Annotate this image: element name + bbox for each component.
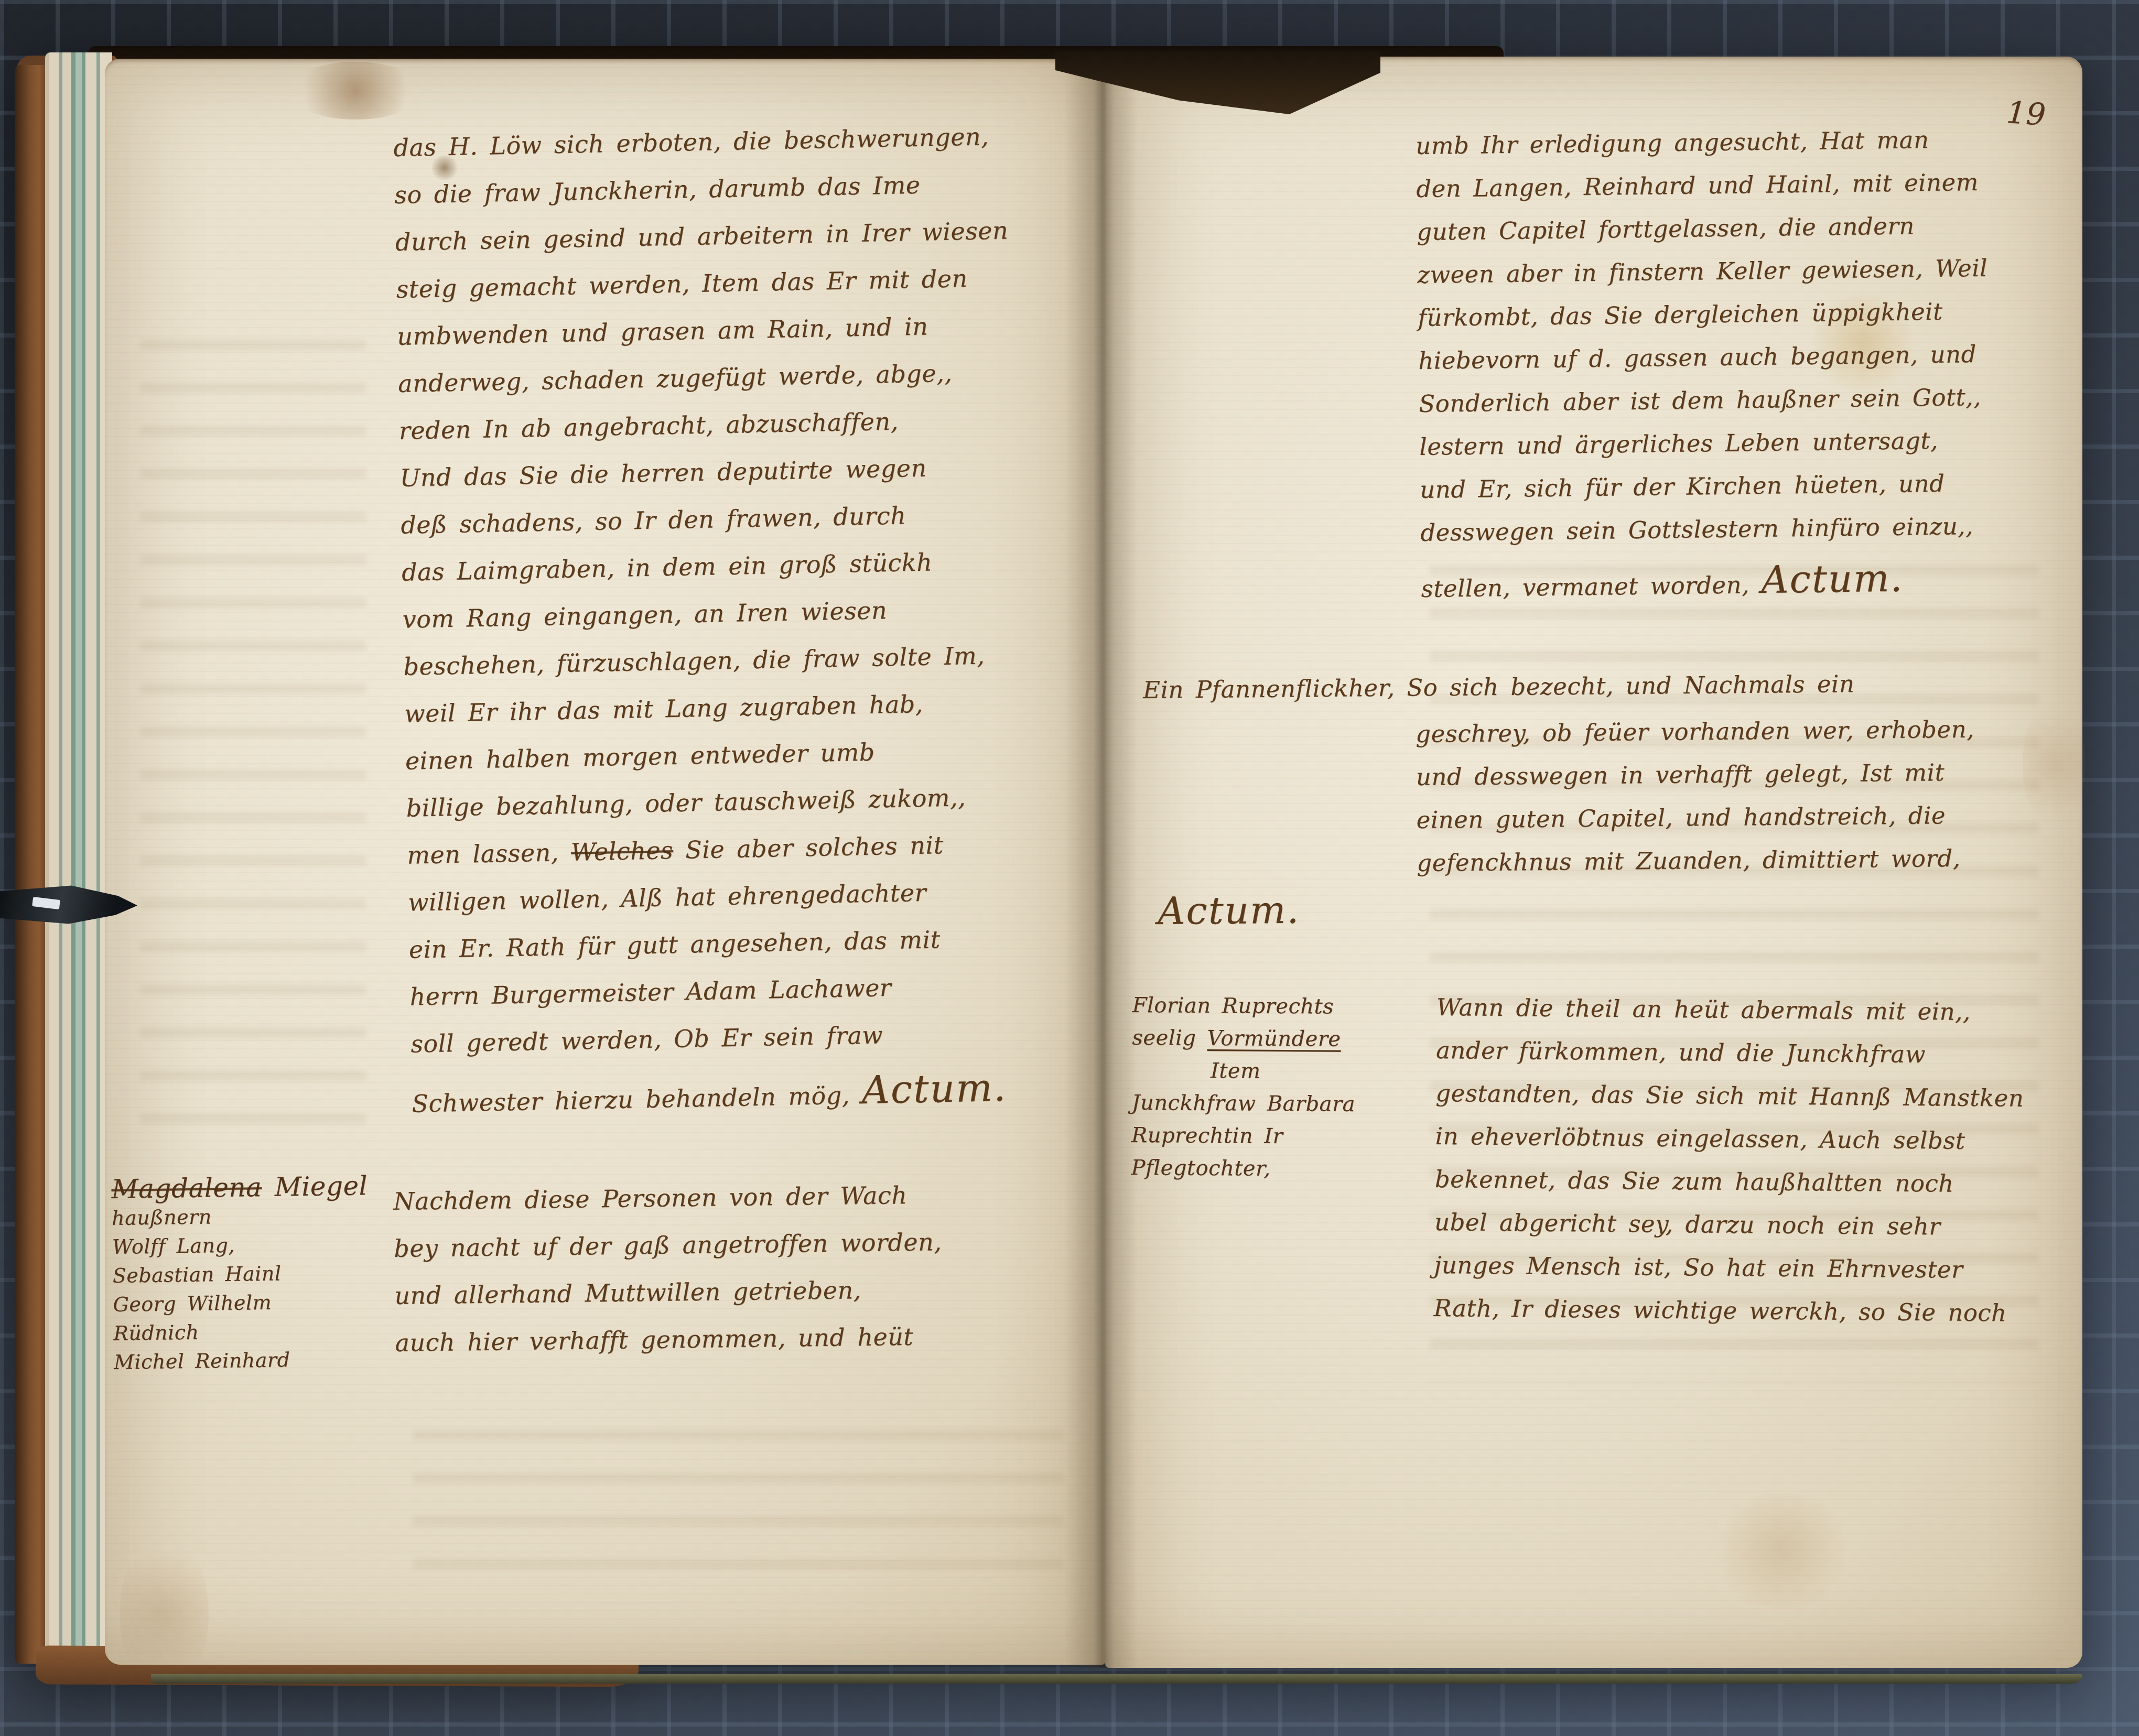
foxing-stain [120,1535,209,1692]
text-line: lestern und ärgerliches Leben untersagt, [1419,426,1990,476]
book-under-edge [151,1674,2082,1684]
text-line: Nachdem diese Personen von der Wach [393,1180,942,1234]
text-line: Ruprechtin Ir [1131,1123,1355,1157]
right-page-entry2-text: geschrey, ob feüer vorhanden wer, erhobe… [1416,715,1975,892]
text-line: und allerhand Muttwillen getrieben, [394,1275,943,1329]
text-line: gefenckhnus mit Zuanden, dimittiert word… [1417,844,1975,892]
text-line: Sonderlich aber ist dem haußner sein Got… [1419,383,1990,433]
text-line: desswegen sein Gottslestern hinfüro einz… [1420,512,1991,562]
text-line: bey nacht uf der gaß angetroffen worden, [394,1228,942,1282]
text-line: ander fürkommen, und die Junckhfraw [1436,1036,2025,1084]
text-line: fürkombt, das Sie dergleichen üppigkheit [1418,297,1989,347]
right-page-entry2-actum: Actum. [1158,888,1300,933]
foxing-stain [287,62,424,120]
text-line: gestandten, das Sie sich mit Hannß Manst… [1435,1079,2024,1127]
text-line: und Er, sich für der Kirchen hüeten, und [1420,469,1991,519]
text-line: Wann die theil an heüt abermals mit ein,… [1436,993,2025,1041]
text-line: umb Ihr erledigung angesucht, Hat man [1416,125,1986,175]
page-number: 19 [2005,94,2047,133]
right-page-entry1-text: umb Ihr erledigung angesucht, Hat manden… [1416,125,1992,605]
text-line: Michel Reinhard [114,1347,370,1380]
text-line: Sebastian Hainl [112,1261,369,1293]
text-line: Magdalena Miegel [111,1170,368,1207]
right-page-entry3-text: Wann die theil an heüt abermals mit ein,… [1433,993,2025,1342]
text-line: hiebevorn uf d. gassen auch begangen, un… [1418,340,1989,390]
leather-cover-edge [15,65,49,1664]
text-line: Wolff Lang, [112,1232,369,1264]
left-page-margin-note: Magdalena MiegelhaußnernWolff Lang,Sebas… [111,1170,370,1380]
manuscript-book: 19 das H. Löw sich erboten, die beschwer… [15,46,2087,1680]
text-line: seelig Vormündere [1132,1026,1356,1060]
text-line: in eheverlöbtnus eingelassen, Auch selbs… [1435,1122,2024,1170]
right-page-margin-note: Florian Ruprechtsseelig VormündereItemJu… [1131,993,1356,1190]
left-page-lower-text: Nachdem diese Personen von der Wachbey n… [393,1180,943,1376]
text-line: bekennet, das Sie zum haußhaltten noch [1434,1165,2023,1213]
page-edge-stack [45,52,112,1663]
text-line: Junckhfraw Barbara [1131,1091,1355,1125]
text-line: Rüdnich [113,1318,370,1351]
text-line: haußnern [112,1203,368,1235]
photo-backdrop: 19 das H. Löw sich erboten, die beschwer… [0,0,2139,1736]
text-line: den Langen, Reinhard und Hainl, mit eine… [1416,168,1987,218]
gutter [1064,57,1138,1668]
text-line: und desswegen in verhafft gelegt, Ist mi… [1416,758,1975,806]
text-line: junges Mensch ist, So hat ein Ehrnvester [1434,1251,2023,1299]
text-line: Rath, Ir dieses wichtige werckh, so Sie … [1433,1294,2022,1342]
text-line: guten Capitel forttgelassen, die andern [1417,211,1987,261]
text-line: Georg Wilhelm [113,1289,369,1322]
text-line: Item [1211,1059,1356,1092]
show-through-text [141,340,366,1126]
text-line: Pflegtochter, [1131,1156,1355,1190]
foxing-stain [2023,696,2086,832]
text-line: stellen, vermanet worden, Actum. [1421,555,1992,605]
show-through-text [413,1430,1063,1587]
text-line: einen guten Capitel, und handstreich, di… [1416,801,1975,849]
text-line: auch hier verhafft genommen, und heüt [395,1322,943,1376]
text-line: ubel abgericht sey, darzu noch ein sehr [1434,1208,2023,1256]
text-line: zween aber in finstern Keller gewiesen, … [1417,254,1988,304]
left-page-main-text: das H. Löw sich erboten, die beschwerung… [393,122,1025,1124]
text-line: Florian Ruprechts [1132,993,1356,1027]
foxing-stain [1708,1493,1855,1608]
text-line: geschrey, ob feüer vorhanden wer, erhobe… [1416,715,1974,763]
